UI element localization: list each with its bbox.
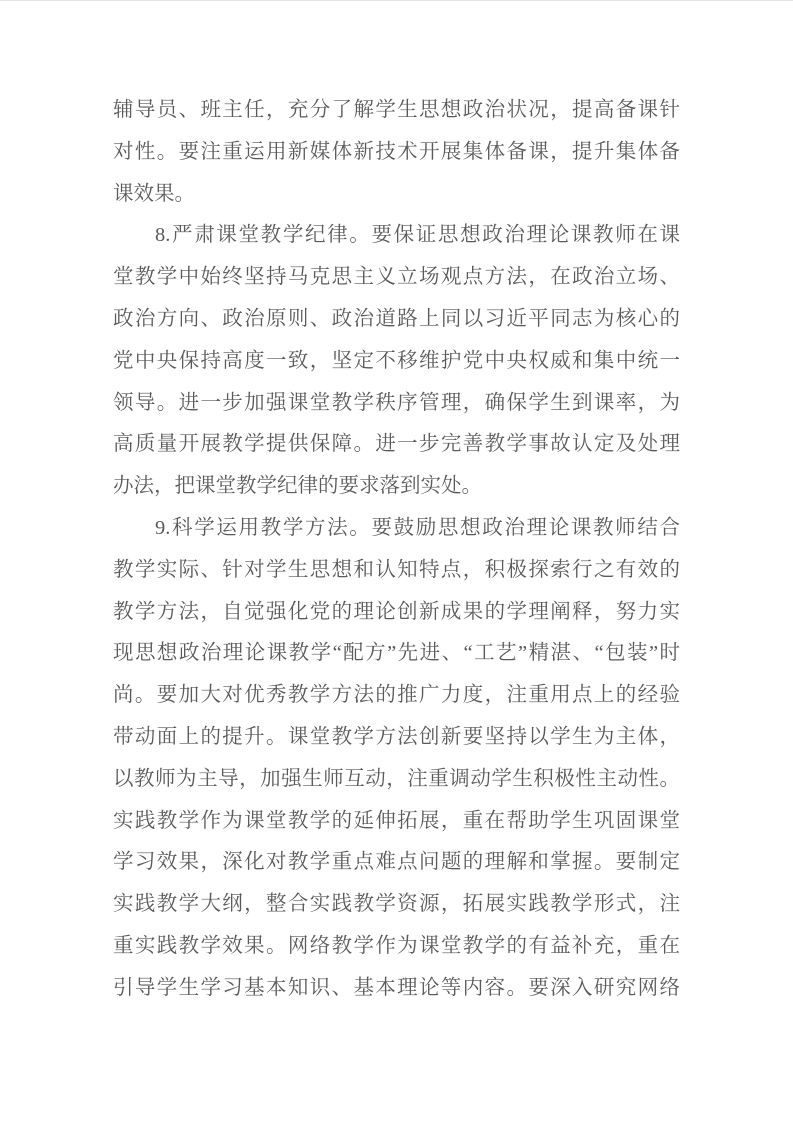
text-line: 教学方法，自觉强化党的理论创新成果的学理阐释，努力实 xyxy=(113,592,680,634)
text-line: 以教师为主导，加强生师互动，注重调动学生积极性主动性。 xyxy=(113,759,680,801)
text-line: 实践教学作为课堂教学的延伸拓展，重在帮助学生巩固课堂 xyxy=(113,801,680,843)
paragraph-item-9: 9.科学运用教学方法。要鼓励思想政治理论课教师结合 教学实际、针对学生思想和认知… xyxy=(113,508,680,1010)
text-line: 带动面上的提升。课堂教学方法创新要坚持以学生为主体， xyxy=(113,717,680,759)
text-line: 教学实际、针对学生思想和认知特点，积极探索行之有效的 xyxy=(113,550,680,592)
text-line: 政治方向、政治原则、政治道路上同以习近平同志为核心的 xyxy=(113,299,680,341)
text-line: 实践教学大纲，整合实践教学资源，拓展实践教学形式，注 xyxy=(113,884,680,926)
document-body: 辅导员、班主任，充分了解学生思想政治状况，提高备课针 对性。要注重运用新媒体新技… xyxy=(113,90,680,1010)
text-line: 堂教学中始终坚持马克思主义立场观点方法，在政治立场、 xyxy=(113,257,680,299)
text-line: 高质量开展教学提供保障。进一步完善教学事故认定及处理 xyxy=(113,424,680,466)
text-line: 对性。要注重运用新媒体新技术开展集体备课，提升集体备 xyxy=(113,132,680,174)
text-line: 重实践教学效果。网络教学作为课堂教学的有益补充，重在 xyxy=(113,926,680,968)
text-line: 引导学生学习基本知识、基本理论等内容。要深入研究网络 xyxy=(113,968,680,1010)
text-line: 9.科学运用教学方法。要鼓励思想政治理论课教师结合 xyxy=(113,508,680,550)
text-line: 党中央保持高度一致，坚定不移维护党中央权威和集中统一 xyxy=(113,341,680,383)
paragraph-continuation: 辅导员、班主任，充分了解学生思想政治状况，提高备课针 对性。要注重运用新媒体新技… xyxy=(113,90,680,215)
text-line: 辅导员、班主任，充分了解学生思想政治状况，提高备课针 xyxy=(113,90,680,132)
text-line: 办法，把课堂教学纪律的要求落到实处。 xyxy=(113,466,680,508)
text-line: 现思想政治理论课教学“配方”先进、“工艺”精湛、“包装”时 xyxy=(113,633,680,675)
paragraph-item-8: 8.严肃课堂教学纪律。要保证思想政治理论课教师在课 堂教学中始终坚持马克思主义立… xyxy=(113,215,680,508)
text-line: 课效果。 xyxy=(113,174,680,216)
text-line: 学习效果，深化对教学重点难点问题的理解和掌握。要制定 xyxy=(113,842,680,884)
document-page: 辅导员、班主任，充分了解学生思想政治状况，提高备课针 对性。要注重运用新媒体新技… xyxy=(0,0,793,1123)
text-line: 8.严肃课堂教学纪律。要保证思想政治理论课教师在课 xyxy=(113,215,680,257)
text-line: 尚。要加大对优秀教学方法的推广力度，注重用点上的经验 xyxy=(113,675,680,717)
text-line: 领导。进一步加强课堂教学秩序管理，确保学生到课率，为 xyxy=(113,383,680,425)
